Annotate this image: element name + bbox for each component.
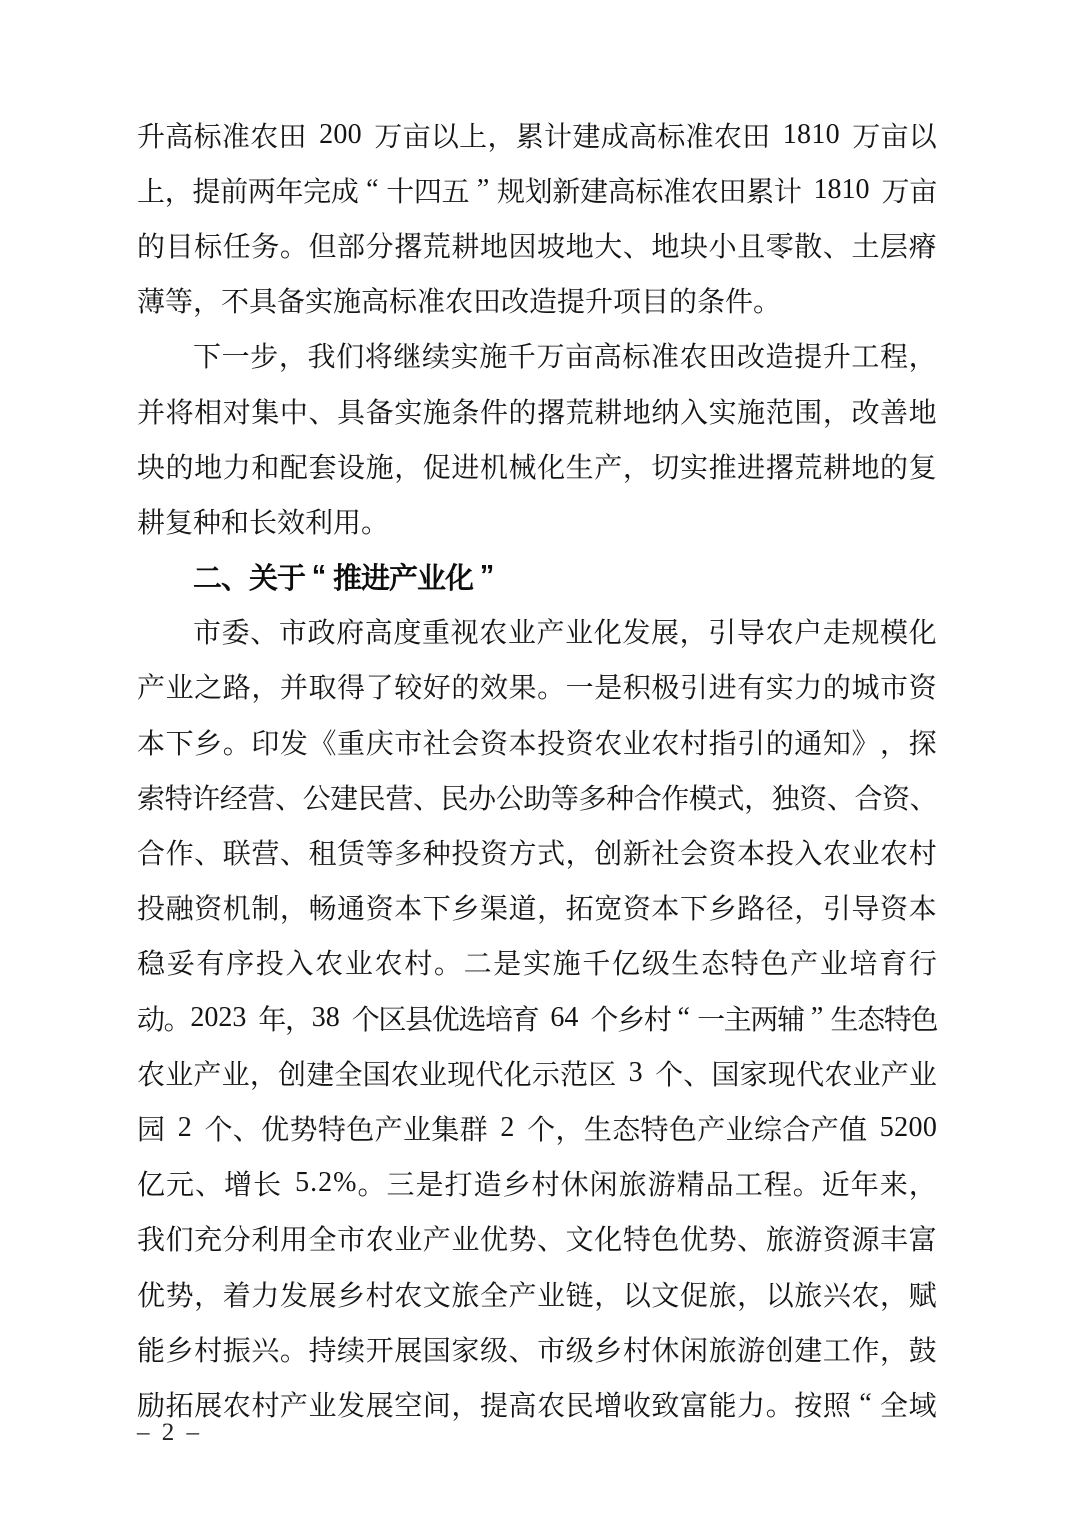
glyph: 、: [195, 1163, 223, 1203]
glyph: 的: [166, 446, 194, 486]
glyph: 散: [794, 225, 822, 265]
glyph: 有: [196, 942, 224, 982]
glyph: [802, 174, 814, 206]
glyph: 资: [799, 777, 827, 817]
glyph: 特: [731, 942, 759, 982]
glyph: 农: [823, 832, 851, 872]
glyph: 近: [822, 1163, 850, 1203]
glyph: 资: [194, 887, 222, 927]
glyph: 高: [629, 115, 657, 155]
glyph: 十: [386, 170, 414, 210]
glyph: 改: [501, 280, 529, 320]
glyph: 、: [221, 556, 249, 597]
glyph: 、: [910, 777, 938, 817]
glyph: 化: [909, 611, 937, 651]
glyph: 2: [190, 1002, 204, 1034]
glyph: 渠: [480, 887, 508, 927]
glyph: 工: [735, 1163, 763, 1203]
glyph: 二: [193, 556, 221, 597]
glyph: 入: [794, 832, 822, 872]
glyph: 资: [623, 887, 651, 927]
glyph: 6: [550, 1002, 564, 1034]
glyph: 年: [275, 170, 303, 210]
glyph: %: [333, 1167, 356, 1199]
glyph: 利: [305, 501, 333, 541]
glyph: 农: [375, 942, 403, 982]
glyph: 标: [622, 335, 650, 375]
glyph: 旅: [766, 1218, 794, 1258]
glyph: 增: [224, 1163, 252, 1203]
glyph: ，: [744, 777, 772, 817]
glyph: 势: [166, 1274, 194, 1314]
glyph: 较: [394, 666, 422, 706]
glyph: 收: [623, 1384, 651, 1424]
glyph: 、: [683, 1053, 711, 1093]
glyph: 村: [680, 722, 708, 762]
glyph: 套: [308, 446, 336, 486]
glyph: 的: [137, 225, 165, 265]
glyph: 亿: [137, 1163, 165, 1203]
glyph: 能: [137, 1329, 165, 1369]
glyph: 色: [651, 1218, 679, 1258]
glyph: 我: [137, 1218, 165, 1258]
glyph: 鼓: [909, 1329, 937, 1369]
glyph: 民: [358, 777, 386, 817]
glyph: ，: [194, 1274, 222, 1314]
glyph: 耕: [823, 446, 851, 486]
glyph: 准: [663, 170, 691, 210]
glyph: 业: [909, 1053, 937, 1093]
glyph: 以: [766, 1274, 794, 1314]
glyph: 用: [333, 501, 361, 541]
glyph: 富: [680, 1384, 708, 1424]
glyph: 态: [612, 1108, 640, 1148]
glyph: 业: [623, 722, 651, 762]
glyph: 一: [222, 335, 250, 375]
glyph: 打: [445, 1163, 473, 1203]
glyph: 妥: [167, 942, 195, 982]
glyph: 按: [794, 1384, 822, 1424]
glyph: 2: [500, 1112, 514, 1144]
glyph: 高: [165, 115, 193, 155]
glyph: 块: [680, 225, 708, 265]
text-line: 励拓展农村产业发展空间，提高农民增收致富能力。按照“全域: [137, 1376, 937, 1431]
glyph: 极: [651, 666, 679, 706]
glyph: 施: [423, 391, 451, 431]
glyph: 化: [594, 611, 622, 651]
glyph: 将: [166, 391, 194, 431]
glyph: 推: [709, 446, 737, 486]
glyph: 。: [280, 1329, 308, 1369]
glyph: 不: [221, 280, 249, 320]
glyph: 万: [374, 115, 402, 155]
glyph: 是: [416, 1163, 444, 1203]
glyph: 县: [405, 998, 432, 1038]
glyph: 生: [671, 942, 699, 982]
glyph: [643, 1057, 655, 1089]
glyph: [165, 1112, 177, 1144]
glyph: 等: [551, 777, 579, 817]
glyph: 一: [566, 666, 594, 706]
glyph: 的: [880, 446, 908, 486]
glyph: 展: [366, 1384, 394, 1424]
glyph: [282, 1167, 294, 1199]
glyph: 来: [880, 1163, 908, 1203]
glyph: 1: [814, 174, 828, 206]
glyph: 乡: [709, 887, 737, 927]
glyph: 进: [451, 446, 479, 486]
glyph: ，: [279, 335, 307, 375]
glyph: 、: [280, 832, 308, 872]
glyph: 准: [686, 115, 714, 155]
glyph: 业: [508, 611, 536, 651]
glyph: 成: [601, 115, 629, 155]
glyph: 模: [689, 777, 717, 817]
glyph: 土: [851, 225, 879, 265]
glyph: 个: [590, 998, 617, 1038]
glyph: 高: [365, 611, 393, 651]
glyph: 的: [451, 666, 479, 706]
glyph: 势: [509, 1218, 537, 1258]
glyph: 精: [677, 1163, 705, 1203]
glyph: 发: [622, 611, 650, 651]
glyph: 。: [280, 225, 308, 265]
glyph: 办: [468, 777, 496, 817]
glyph: 业: [451, 1218, 479, 1258]
glyph: 、: [233, 1108, 261, 1148]
glyph: 兴: [823, 1274, 851, 1314]
glyph: 地: [851, 446, 879, 486]
glyph: 资: [480, 722, 508, 762]
glyph: 产: [137, 666, 165, 706]
glyph: 荒: [566, 391, 594, 431]
glyph: 资: [880, 887, 908, 927]
glyph: 特: [641, 1108, 669, 1148]
glyph: 以: [909, 115, 937, 155]
glyph: 展: [308, 1274, 336, 1314]
glyph: [307, 119, 319, 151]
glyph: 辅: [777, 998, 804, 1038]
glyph: 营: [385, 777, 413, 817]
glyph: 业: [222, 1053, 250, 1093]
glyph: 、: [308, 391, 336, 431]
glyph: 产: [594, 446, 622, 486]
glyph: 标: [635, 170, 663, 210]
glyph: 年: [258, 998, 285, 1038]
glyph: 前: [220, 170, 248, 210]
glyph: 但: [308, 225, 336, 265]
glyph: 村: [251, 1384, 279, 1424]
glyph: 亩: [403, 115, 431, 155]
glyph: 。: [357, 1163, 385, 1203]
glyph: 方: [509, 832, 537, 872]
glyph: 。: [537, 666, 565, 706]
glyph: 施: [333, 280, 361, 320]
glyph: 进: [709, 666, 737, 706]
glyph: 拓: [166, 1384, 194, 1424]
glyph: 作: [661, 777, 689, 817]
glyph: 开: [366, 1329, 394, 1369]
glyph: 得: [337, 666, 365, 706]
glyph: 计: [544, 115, 572, 155]
glyph: 三: [387, 1163, 415, 1203]
glyph: 成: [331, 170, 359, 210]
glyph: 现: [768, 1053, 796, 1093]
glyph: 且: [737, 225, 765, 265]
glyph: 升: [137, 115, 165, 155]
glyph: 农: [680, 335, 708, 375]
glyph: 。: [766, 1384, 794, 1424]
glyph: 印: [251, 722, 279, 762]
glyph: 善: [880, 391, 908, 431]
glyph: 经: [220, 777, 248, 817]
glyph: 万: [537, 335, 565, 375]
glyph: 乡: [617, 998, 644, 1038]
glyph: 效: [277, 501, 305, 541]
glyph: 二: [464, 942, 492, 982]
glyph: 多: [394, 832, 422, 872]
glyph: 之: [194, 666, 222, 706]
glyph: 地: [909, 391, 937, 431]
glyph: 标: [194, 225, 222, 265]
glyph: 主: [724, 998, 751, 1038]
section-heading: 二、关于“推进产业化”: [137, 549, 937, 604]
glyph: 五: [442, 170, 470, 210]
text-line: 动。2023 年，38 个区县优选培育 64 个乡村“一主两辅”生态特色: [137, 990, 937, 1045]
glyph: 田: [742, 115, 770, 155]
glyph: 等: [366, 832, 394, 872]
glyph: 特: [318, 1108, 346, 1148]
glyph: 业: [345, 942, 373, 982]
glyph: 关: [249, 556, 277, 597]
glyph: 、: [509, 1329, 537, 1369]
glyph: 个: [527, 1108, 555, 1148]
glyph: 市: [279, 611, 307, 651]
glyph: 集: [251, 391, 279, 431]
glyph: 投: [451, 832, 479, 872]
glyph: 地: [651, 225, 679, 265]
glyph: ，: [880, 1329, 908, 1369]
glyph: 机: [223, 887, 251, 927]
glyph: 准: [222, 115, 250, 155]
glyph: 发: [280, 1274, 308, 1314]
glyph: 产: [280, 1384, 308, 1424]
glyph: ，: [251, 666, 279, 706]
glyph: 计: [774, 170, 802, 210]
glyph: 项: [613, 280, 641, 320]
glyph: 色: [760, 942, 788, 982]
glyph: 优: [261, 1108, 289, 1148]
glyph: 优: [432, 998, 459, 1038]
text-line: 上，提前两年完成“十四五”规划新建高标准农田累计 1810 万亩: [137, 162, 937, 217]
glyph: 作: [851, 1329, 879, 1369]
glyph: 本: [394, 887, 422, 927]
glyph: 零: [766, 225, 794, 265]
glyph: 群: [460, 1108, 488, 1148]
glyph: 生: [830, 998, 857, 1038]
glyph: 层: [880, 225, 908, 265]
glyph: 农: [315, 942, 343, 982]
glyph: 农: [137, 1053, 165, 1093]
glyph: 生: [584, 1108, 612, 1148]
glyph: 社: [651, 832, 679, 872]
glyph: ，: [594, 1274, 622, 1314]
glyph: 资: [566, 722, 594, 762]
glyph: 、: [537, 1218, 565, 1258]
glyph: 村: [366, 1274, 394, 1314]
glyph: 培: [850, 942, 878, 982]
glyph: 个: [352, 998, 379, 1038]
text-line: 投融资机制，畅通资本下乡渠道，拓宽资本下乡路径，引导资本: [137, 880, 937, 935]
glyph: 旅: [709, 1329, 737, 1369]
glyph: 、: [823, 225, 851, 265]
glyph: ，: [623, 446, 651, 486]
glyph: 种: [423, 832, 451, 872]
glyph: 资: [366, 887, 394, 927]
glyph: 投: [766, 832, 794, 872]
glyph: 色: [669, 1108, 697, 1148]
glyph: 产: [375, 1108, 403, 1148]
glyph: ”: [473, 560, 501, 593]
text-line: 索特许经营、公建民营、民办公助等多种合作模式，独资、合资、: [137, 769, 937, 824]
glyph: 业: [417, 556, 445, 597]
glyph: 引: [680, 666, 708, 706]
glyph: 的: [669, 280, 697, 320]
glyph: 全: [308, 1218, 336, 1258]
glyph: 持: [308, 1329, 336, 1369]
glyph: 务: [251, 225, 279, 265]
text-line: 稳妥有序投入农业农村。二是实施千亿级生态特色产业培育行: [137, 935, 937, 990]
glyph: 农: [250, 115, 278, 155]
glyph: 升: [823, 335, 851, 375]
glyph: 村: [623, 1329, 651, 1369]
glyph: 农: [394, 1274, 422, 1314]
glyph: 件: [725, 280, 753, 320]
glyph: 府: [336, 611, 364, 651]
glyph: 地: [566, 225, 594, 265]
glyph: 3: [232, 1002, 246, 1034]
glyph: 累: [746, 170, 774, 210]
glyph: 业: [852, 1053, 880, 1093]
glyph: 我: [308, 335, 336, 375]
glyph: 施: [737, 391, 765, 431]
text-line: 亿元、增长 5.2%。三是打造乡村休闲旅游精品工程。近年来，: [137, 1156, 937, 1211]
glyph: 文: [423, 1274, 451, 1314]
glyph: 知: [823, 722, 851, 762]
glyph: 、: [194, 832, 222, 872]
glyph: 大: [594, 225, 622, 265]
text-line: 的目标任务。但部分撂荒耕地因坡地大、地块小且零散、土层瘠: [137, 217, 937, 272]
glyph: ，: [537, 887, 565, 927]
glyph: 两: [248, 170, 276, 210]
glyph: 实: [394, 391, 422, 431]
glyph: 、: [623, 225, 651, 265]
glyph: 农: [391, 1053, 419, 1093]
text-line: 农业产业，创建全国农业现代化示范区 3 个、国家现代农业产业: [137, 1045, 937, 1100]
glyph: 探: [909, 722, 937, 762]
glyph: 导: [851, 887, 879, 927]
glyph: 励: [137, 1384, 165, 1424]
glyph: 提: [192, 170, 220, 210]
glyph: 联: [223, 832, 251, 872]
glyph: 范: [560, 1053, 588, 1093]
glyph: 民: [566, 1384, 594, 1424]
glyph: 亩: [909, 170, 937, 210]
glyph: 营: [247, 777, 275, 817]
glyph: 政: [308, 611, 336, 651]
glyph: 发: [337, 1384, 365, 1424]
glyph: 助: [523, 777, 551, 817]
glyph: 上: [459, 115, 487, 155]
glyph: 合: [634, 777, 662, 817]
glyph: 规: [497, 170, 525, 210]
glyph: 新: [623, 832, 651, 872]
glyph: 、: [413, 777, 441, 817]
glyph: 农: [714, 115, 742, 155]
document-body: 升高标准农田 200 万亩以上，累计建成高标准农田 1810 万亩以 上，提前两…: [137, 107, 937, 1432]
glyph: 级: [642, 942, 670, 982]
glyph: 个: [204, 1108, 232, 1148]
glyph: 田: [718, 170, 746, 210]
paragraph-start-line: 下一步，我们将继续实施千万亩高标准农田改造提升工程，: [137, 328, 937, 383]
glyph: 下: [680, 887, 708, 927]
glyph: 兴: [251, 1329, 279, 1369]
glyph: 机: [480, 446, 508, 486]
glyph: [870, 174, 882, 206]
glyph: [488, 1112, 500, 1144]
glyph: 造: [766, 335, 794, 375]
glyph: 步: [250, 335, 278, 375]
glyph: 动: [137, 998, 164, 1038]
glyph: 、: [827, 777, 855, 817]
glyph: 的: [766, 722, 794, 762]
glyph: 产: [389, 556, 417, 597]
glyph: 。: [793, 1163, 821, 1203]
glyph: 通: [337, 887, 365, 927]
glyph: 力: [251, 1274, 279, 1314]
glyph: 创: [766, 1329, 794, 1369]
glyph: 0: [826, 119, 840, 151]
glyph: 继: [393, 335, 421, 375]
glyph: 闲: [590, 1163, 618, 1203]
glyph: ，: [794, 887, 822, 927]
glyph: 许: [192, 777, 220, 817]
glyph: 色: [346, 1108, 374, 1148]
glyph: 路: [737, 887, 765, 927]
glyph: 完: [303, 170, 331, 210]
glyph: 8: [797, 119, 811, 151]
glyph: 个: [655, 1053, 683, 1093]
glyph: 优: [137, 1274, 165, 1314]
text-line: 并将相对集中、具备实施条件的撂荒耕地纳入实施范围，改善地: [137, 383, 937, 438]
glyph: 区: [378, 998, 405, 1038]
glyph: 围: [794, 391, 822, 431]
glyph: 独: [772, 777, 800, 817]
glyph: 程: [880, 335, 908, 375]
glyph: 展: [394, 1329, 422, 1369]
glyph: 年: [851, 1163, 879, 1203]
glyph: 重: [422, 611, 450, 651]
glyph: 国: [363, 1053, 391, 1093]
glyph: 进: [361, 556, 389, 597]
glyph: 于: [277, 556, 305, 597]
glyph: 指: [709, 722, 737, 762]
glyph: 并: [280, 666, 308, 706]
glyph: 品: [706, 1163, 734, 1203]
glyph: 具: [249, 280, 277, 320]
glyph: 委: [222, 611, 250, 651]
glyph: 中: [280, 391, 308, 431]
